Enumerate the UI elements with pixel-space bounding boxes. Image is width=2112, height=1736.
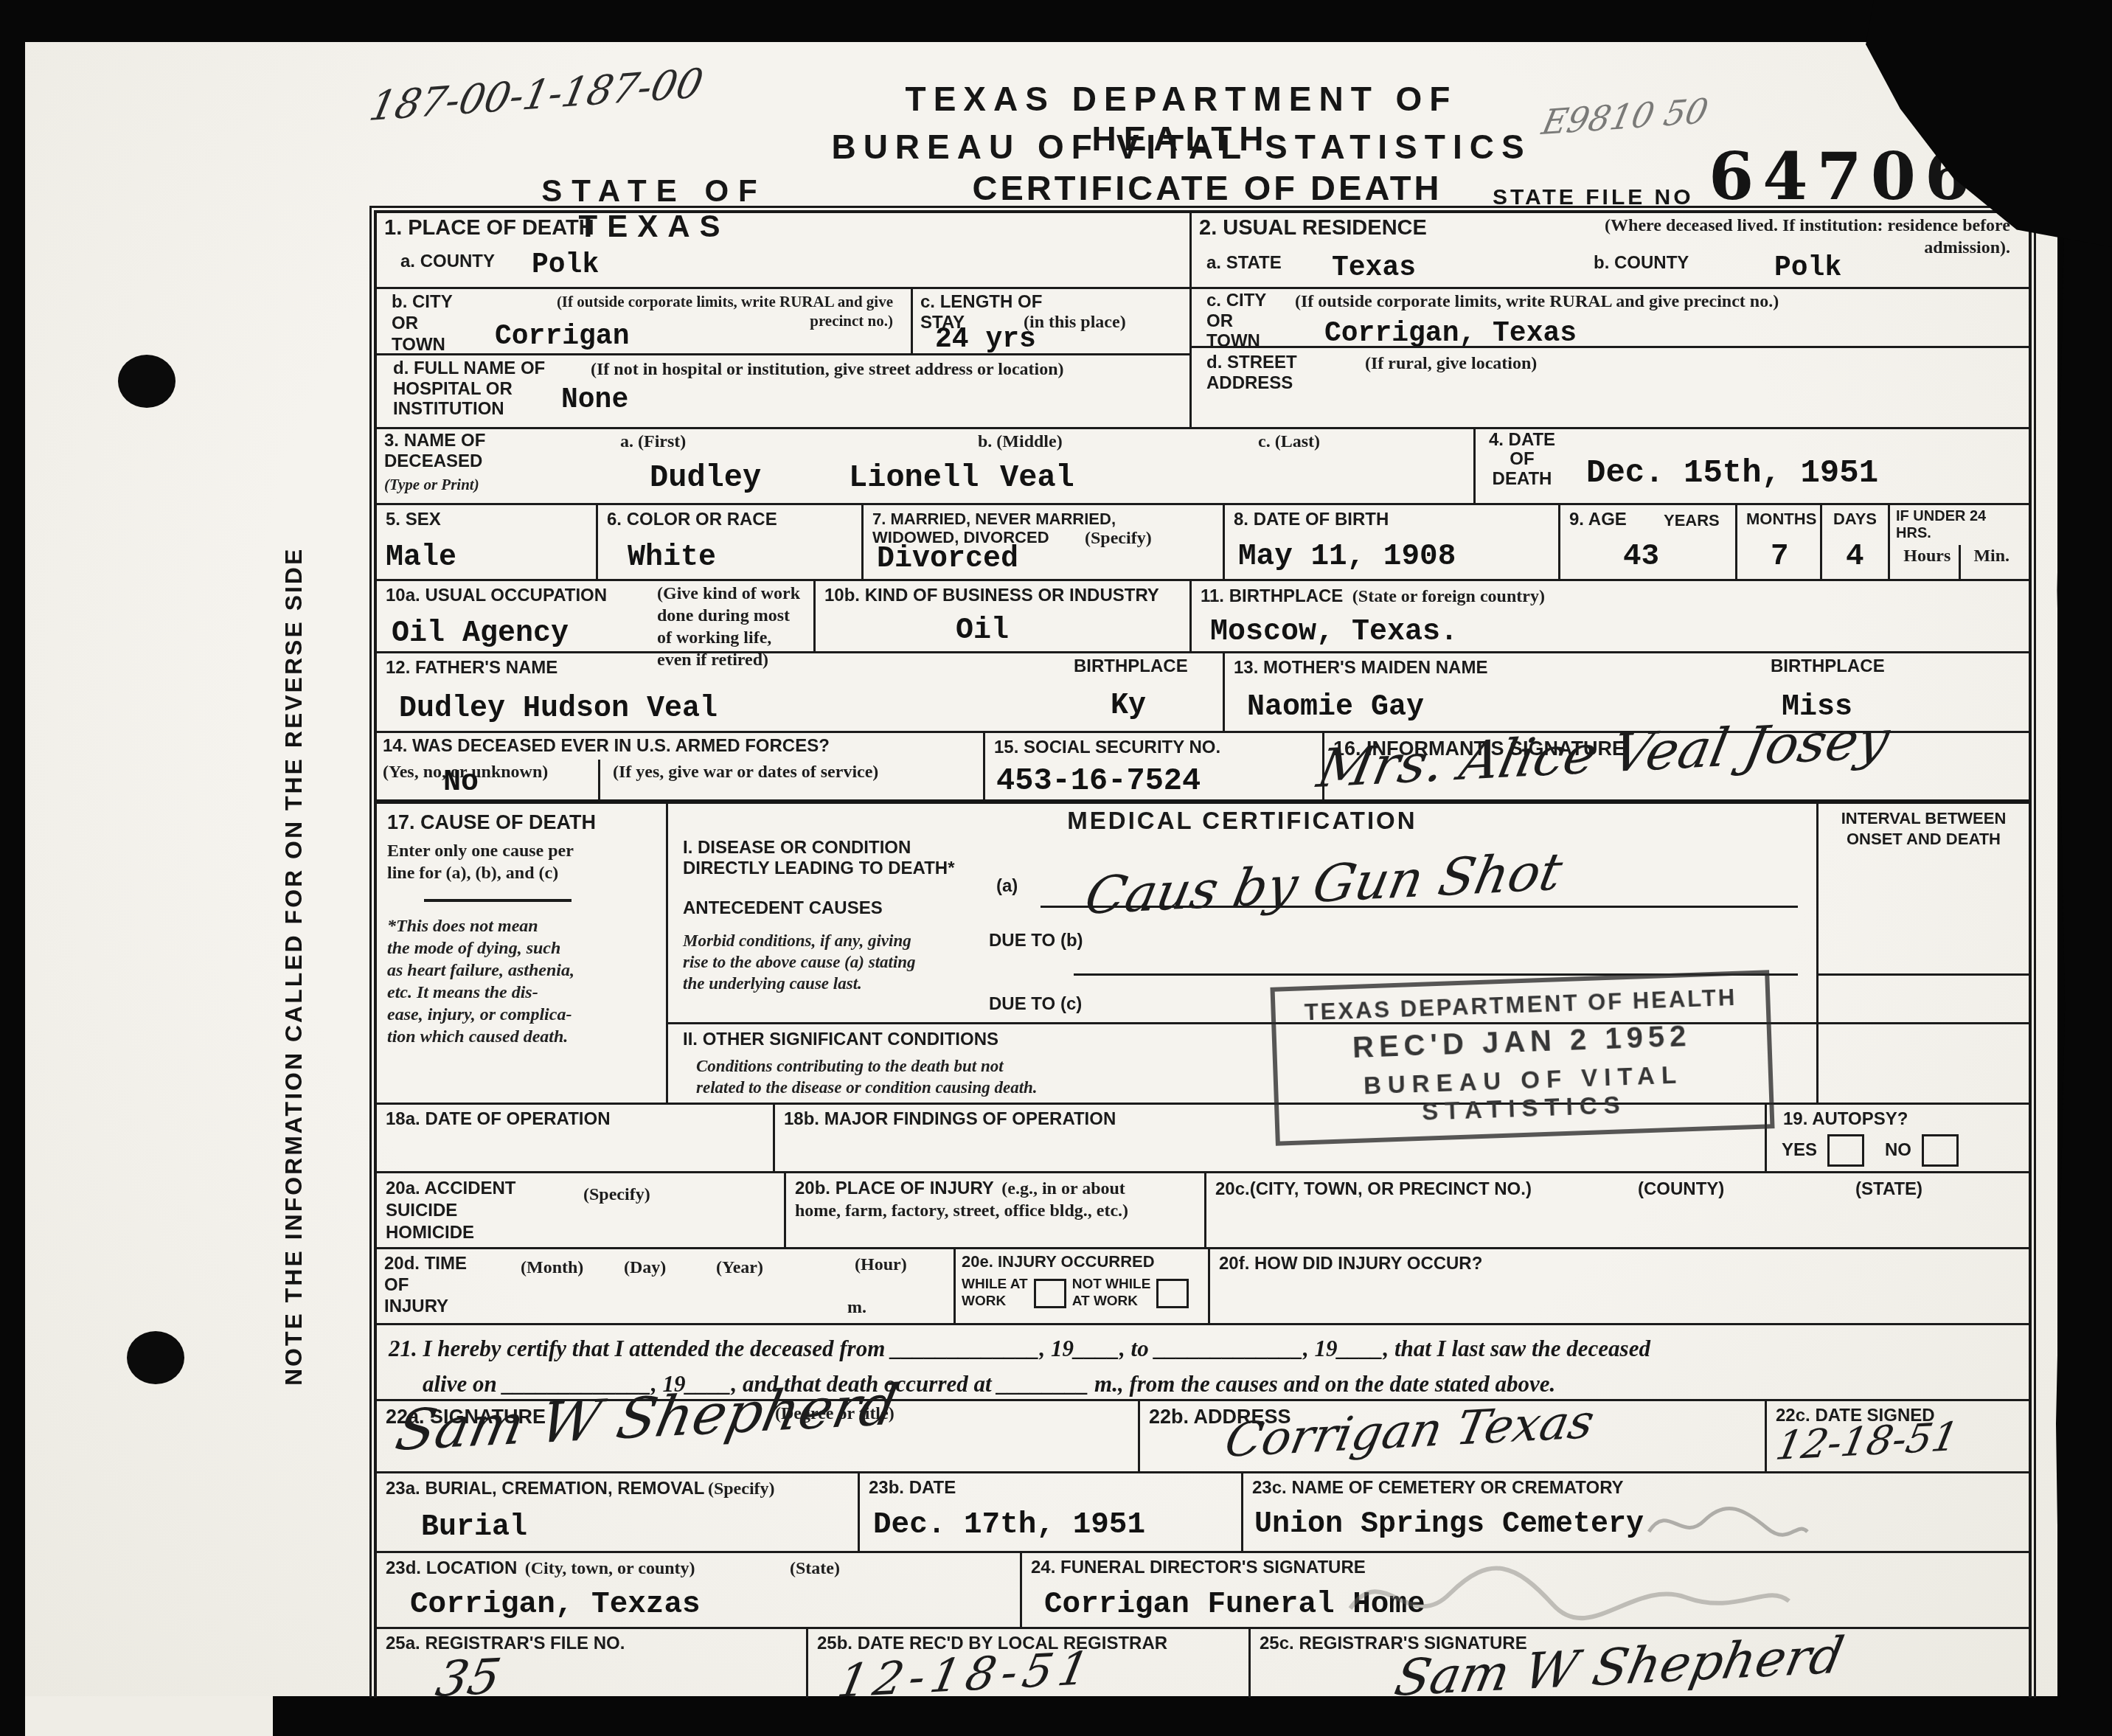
date-signed-handwriting: 12-18-51 [1773, 1417, 1962, 1466]
length-of-stay-note: (in this place) [1024, 311, 1126, 333]
field-date-signed: 22c. DATE SIGNED 12-18-51 [1767, 1401, 2029, 1471]
armed-forces-value: No [443, 768, 479, 798]
certificate-page: 187-00-1-187-00 TEXAS DEPARTMENT OF HEAL… [24, 41, 2057, 1696]
middle-name-label: b. (Middle) [978, 431, 1063, 453]
field-age-years: 9. AGE YEARS 43 [1560, 505, 1737, 579]
mother-name-value: Naomie Gay [1247, 693, 1424, 723]
disease-condition-label: I. DISEASE OR CONDITION DIRECTLY LEADING… [683, 838, 954, 878]
burial-location-value: Corrigan, Texzas [410, 1590, 701, 1620]
burial-date-label: 23b. DATE [869, 1478, 956, 1498]
field-place-city: b. CITY OR TOWN (If outside corporate li… [377, 289, 913, 353]
state-file-no-label: STATE FILE NO [1493, 185, 1694, 210]
cemetery-value: Union Springs Cemetery [1254, 1510, 1644, 1540]
field-name-of-deceased: 3. NAME OF DECEASED (Type or Print) a. (… [377, 429, 1476, 503]
age-years-value: 43 [1623, 542, 1659, 572]
handwritten-code: E9810 50 [1538, 91, 1712, 143]
date-of-operation-label: 18a. DATE OF OPERATION [386, 1109, 611, 1129]
marital-specify-note: (Specify) [1085, 527, 1152, 549]
hole-punch-bottom [127, 1331, 184, 1384]
min-label: Min. [1961, 545, 2024, 580]
registrar-file-label: 25a. REGISTRAR'S FILE NO. [386, 1633, 625, 1653]
occupation-value: Oil Agency [392, 619, 569, 649]
field-date-of-death: 4. DATE OF DEATH Dec. 15th, 1951 [1476, 429, 2029, 503]
county-label: a. COUNTY [400, 251, 495, 272]
residence-city-value: Corrigan, Texas [1324, 320, 1577, 348]
field-length-of-stay: c. LENGTH OF STAY (in this place) 24 yrs [913, 289, 1189, 353]
row-burial-location: 23d. LOCATION (City, town, or county) (S… [377, 1553, 2029, 1629]
hole-punch-top [118, 355, 176, 408]
injury-county-label: (COUNTY) [1638, 1179, 1724, 1200]
field-date-of-birth: 8. DATE OF BIRTH May 11, 1908 [1225, 505, 1560, 579]
field-date-of-operation: 18a. DATE OF OPERATION [377, 1105, 775, 1171]
field-usual-occupation: 10a. USUAL OCCUPATION (Give kind of work… [377, 581, 816, 651]
due-to-c-label: DUE TO (c) [989, 994, 1082, 1015]
major-findings-label: 18b. MAJOR FINDINGS OF OPERATION [784, 1109, 1116, 1129]
autopsy-label: 19. AUTOPSY? [1783, 1109, 1908, 1129]
father-name-value: Dudley Hudson Veal [399, 695, 718, 724]
paper-bottom-left-edge [24, 1696, 273, 1736]
county-value: Polk [532, 251, 599, 280]
usual-residence-title: 2. USUAL RESIDENCE [1199, 216, 1427, 240]
field-place-of-injury: 20b. PLACE OF INJURY (e.g., in or about … [786, 1173, 1206, 1247]
residence-state-value: Texas [1332, 254, 1416, 282]
hospital-value: None [561, 386, 628, 414]
field-how-injury-occurred: 20f. HOW DID INJURY OCCUR? [1210, 1249, 2029, 1323]
city-or-town-label: b. CITY OR TOWN [392, 292, 453, 355]
funeral-director-label: 24. FUNERAL DIRECTOR'S SIGNATURE [1031, 1558, 1366, 1577]
cause-star-note: *This does not mean the mode of dying, s… [387, 915, 656, 1048]
field-cemetery-name: 23c. NAME OF CEMETERY OR CREMATORY Union… [1243, 1473, 2029, 1551]
handwritten-index-number: 187-00-1-187-00 [366, 60, 707, 131]
antecedent-label: ANTECEDENT CAUSES [683, 898, 883, 919]
field-burial-location: 23d. LOCATION (City, town, or county) (S… [377, 1553, 1022, 1627]
medical-certification-title: MEDICAL CERTIFICATION [668, 807, 1816, 835]
sex-value: Male [386, 544, 456, 573]
while-at-work-label: WHILE AT WORK [962, 1277, 1028, 1310]
photo-border-left [0, 0, 25, 1736]
field-residence-city: c. CITY OR TOWN (If outside corporate li… [1192, 289, 2029, 348]
burial-date-value: Dec. 17th, 1951 [873, 1510, 1145, 1541]
interval-label: INTERVAL BETWEEN ONSET AND DEATH [1821, 808, 2026, 849]
row-demographics: 5. SEX Male 6. COLOR OR RACE White 7. MA… [377, 505, 2029, 581]
color-race-label: 6. COLOR OR RACE [607, 510, 777, 530]
autopsy-yes-label: YES [1782, 1140, 1817, 1161]
field-funeral-director: 24. FUNERAL DIRECTOR'S SIGNATURE Corriga… [1022, 1553, 2029, 1627]
burial-location-note: (City, town, or county) [525, 1559, 695, 1578]
armed-forces-divider [598, 760, 600, 799]
injury-hour-label: (Hour) [855, 1254, 907, 1276]
field-physician-signature: 22a. SIGNATURE (Degree or title) Sam W S… [377, 1401, 1140, 1471]
injury-city-label: 20c.(CITY, TOWN, OR PRECINCT NO.) [1215, 1179, 1532, 1200]
field-armed-forces: 14. WAS DECEASED EVER IN U.S. ARMED FORC… [377, 733, 985, 799]
age-years-label: YEARS [1664, 511, 1720, 530]
street-address-label: d. STREET ADDRESS [1206, 353, 1297, 393]
hospital-label: d. FULL NAME OF HOSPITAL OR INSTITUTION [393, 358, 545, 420]
field-sex: 5. SEX Male [377, 505, 598, 579]
row-occupation: 10a. USUAL OCCUPATION (Give kind of work… [377, 581, 2029, 653]
field-color-race: 6. COLOR OR RACE White [598, 505, 864, 579]
while-at-work-checkbox [1034, 1279, 1066, 1308]
not-while-at-work-label: NOT WHILE AT WORK [1072, 1277, 1151, 1310]
field-burial-type: 23a. BURIAL, CREMATION, REMOVAL (Specify… [377, 1473, 860, 1551]
field-residence-state-county: 2. USUAL RESIDENCE (Where deceased lived… [1192, 213, 2029, 289]
birthplace-note: (State or foreign country) [1352, 587, 1545, 606]
faint-handwriting-scrawl [1642, 1499, 1811, 1550]
burial-label: 23a. BURIAL, CREMATION, REMOVAL [386, 1479, 704, 1499]
registrar-file-value: 35 [432, 1653, 504, 1704]
row-injury-place: 20a. ACCIDENT SUICIDE HOMICIDE (Specify)… [377, 1173, 2029, 1249]
mother-name-label: 13. MOTHER'S MAIDEN NAME [1234, 658, 1487, 678]
accident-specify-note: (Specify) [583, 1184, 650, 1206]
certificate-title: CERTIFICATE OF DEATH [942, 167, 1473, 208]
field-place-county: 1. PLACE OF DEATH a. COUNTY Polk [377, 213, 1189, 289]
burial-value: Burial [421, 1513, 527, 1543]
city-value: Corrigan [495, 323, 629, 351]
field-hospital-name: d. FULL NAME OF HOSPITAL OR INSTITUTION … [377, 355, 1189, 427]
field-cause-of-death-notes: 17. CAUSE OF DEATH Enter only one cause … [377, 804, 668, 1103]
residence-city-note: (If outside corporate limits, write RURA… [1295, 291, 2003, 313]
photo-border-top [0, 0, 2112, 42]
middle-name-value: Lionell [849, 462, 979, 493]
armed-forces-note2: (If yes, give war or dates of service) [613, 761, 878, 783]
industry-label: 10b. KIND OF BUSINESS OR INDUSTRY [824, 586, 1159, 605]
field-place-of-death: 1. PLACE OF DEATH a. COUNTY Polk b. CITY… [377, 213, 1192, 427]
cemetery-label: 23c. NAME OF CEMETERY OR CREMATORY [1252, 1478, 1624, 1498]
field-injury-occurred: 20e. INJURY OCCURRED WHILE AT WORK NOT W… [956, 1249, 1210, 1323]
photo-border-bottom [273, 1698, 2112, 1736]
field-usual-residence: 2. USUAL RESIDENCE (Where deceased lived… [1192, 213, 2029, 427]
field-residence-street: d. STREET ADDRESS (If rural, give locati… [1192, 348, 2029, 427]
conditions-note: Conditions contributing to the death but… [696, 1056, 1038, 1099]
type-or-print-note: (Type or Print) [384, 475, 479, 494]
photo-border-right [2056, 0, 2112, 1736]
field-marital-status: 7. MARRIED, NEVER MARRIED, WIDOWED, DIVO… [864, 505, 1225, 579]
field-mother-name: 13. MOTHER'S MAIDEN NAME BIRTHPLACE Naom… [1225, 653, 2029, 731]
how-injury-label: 20f. HOW DID INJURY OCCUR? [1219, 1254, 1482, 1274]
row-medical-certification: 17. CAUSE OF DEATH Enter only one cause … [377, 804, 2029, 1105]
residence-county-value: Polk [1774, 254, 1841, 282]
field-injury-city: 20c.(CITY, TOWN, OR PRECINCT NO.) (COUNT… [1206, 1173, 2029, 1247]
autopsy-no-label: NO [1885, 1140, 1911, 1161]
due-to-b-label: DUE TO (b) [989, 931, 1083, 951]
field-burial-date: 23b. DATE Dec. 17th, 1951 [860, 1473, 1243, 1551]
row-burial: 23a. BURIAL, CREMATION, REMOVAL (Specify… [377, 1473, 2029, 1553]
burial-location-label: 23d. LOCATION [386, 1558, 517, 1578]
row-name-date: 3. NAME OF DECEASED (Type or Print) a. (… [377, 429, 2029, 505]
age-days-label: DAYS [1833, 510, 1877, 528]
color-race-value: White [628, 544, 716, 573]
stamp-line3: BUREAU OF VITAL STATISTICS [1278, 1058, 1770, 1131]
cause-a-tag: (a) [996, 876, 1018, 897]
occupation-label: 10a. USUAL OCCUPATION [386, 586, 607, 605]
birthplace-value: Moscow, Texas. [1210, 618, 1458, 647]
date-of-birth-label: 8. DATE OF BIRTH [1234, 510, 1389, 530]
faint-signature-scrawl [1339, 1553, 1796, 1631]
mother-birthplace-label: BIRTHPLACE [1771, 656, 1885, 677]
marital-label: 7. MARRIED, NEVER MARRIED, WIDOWED, DIVO… [872, 510, 1116, 546]
residence-city-label: c. CITY OR TOWN [1206, 291, 1266, 352]
last-name-label: c. (Last) [1258, 431, 1320, 453]
certify-line1: 21. I hereby certify that I attended the… [389, 1331, 2017, 1367]
date-of-death-label: 4. DATE OF DEATH [1481, 431, 1563, 489]
length-of-stay-value: 24 yrs [935, 326, 1036, 354]
name-label: 3. NAME OF DECEASED [384, 431, 485, 471]
row-physician-signature: 22a. SIGNATURE (Degree or title) Sam W S… [377, 1401, 2029, 1473]
field-industry: 10b. KIND OF BUSINESS OR INDUSTRY Oil [816, 581, 1192, 651]
first-name-label: a. (First) [620, 431, 686, 453]
age-months-label: MONTHS [1746, 510, 1816, 528]
under-24-label: IF UNDER 24 HRS. [1896, 508, 1986, 541]
interval-line2 [1819, 1022, 2029, 1024]
injury-occurred-label: 20e. INJURY OCCURRED [962, 1252, 1155, 1271]
burial-location-state-note: (State) [790, 1558, 840, 1580]
registrar-date-value: 12-18-51 [834, 1645, 1099, 1704]
scanned-death-certificate: { "header": { "scrawl_left": "187-00-1-1… [0, 0, 2112, 1736]
received-date-stamp: TEXAS DEPARTMENT OF HEALTH REC'D JAN 2 1… [1270, 970, 1774, 1145]
field-father-name: 12. FATHER'S NAME BIRTHPLACE Dudley Huds… [377, 653, 1225, 731]
residence-county-label: b. COUNTY [1594, 253, 1689, 274]
field-ssn: 15. SOCIAL SECURITY NO. 453-16-7524 [985, 733, 1324, 799]
armed-forces-label: 14. WAS DECEASED EVER IN U.S. ARMED FORC… [383, 736, 830, 756]
bureau-title: BUREAU OF VITAL STATISTICS [816, 127, 1546, 167]
date-of-death-value: Dec. 15th, 1951 [1586, 457, 1878, 490]
cause-enter-note: Enter only one cause per line for (a), (… [387, 840, 656, 884]
injury-meridiem-label: m. [847, 1296, 866, 1319]
field-age-months: MONTHS 7 [1737, 505, 1822, 579]
place-of-injury-label: 20b. PLACE OF INJURY [795, 1178, 994, 1198]
father-birthplace-value: Ky [1111, 692, 1146, 721]
certificate-form: 1. PLACE OF DEATH a. COUNTY Polk b. CITY… [374, 210, 2032, 1728]
father-birthplace-label: BIRTHPLACE [1074, 656, 1188, 677]
morbid-note: Morbid conditions, if any, giving rise t… [683, 931, 916, 994]
field-interval-onset: INTERVAL BETWEEN ONSET AND DEATH [1819, 804, 2029, 1103]
field-physician-address: 22b. ADDRESS Corrigan Texas [1140, 1401, 1767, 1471]
cause-of-death-title: 17. CAUSE OF DEATH [387, 811, 596, 833]
not-while-at-work-checkbox [1156, 1279, 1189, 1308]
first-name-value: Dudley [650, 462, 761, 493]
other-conditions-label: II. OTHER SIGNIFICANT CONDITIONS [683, 1030, 998, 1050]
field-age-under24: IF UNDER 24 HRS. Hours Min. [1890, 505, 2029, 579]
injury-day-label: (Day) [624, 1257, 666, 1279]
sex-label: 5. SEX [386, 510, 441, 530]
age-label: 9. AGE [1569, 510, 1627, 530]
father-name-label: 12. FATHER'S NAME [386, 658, 557, 678]
hours-label: Hours [1896, 545, 1961, 580]
row-forces-ssn-informant: 14. WAS DECEASED EVER IN U.S. ARMED FORC… [377, 733, 2029, 804]
field-age-days: DAYS 4 [1822, 505, 1890, 579]
ssn-label: 15. SOCIAL SECURITY NO. [994, 737, 1220, 757]
age-days-value: 4 [1846, 542, 1864, 572]
marital-value: Divorced [877, 545, 1018, 574]
field-place-city-row: b. CITY OR TOWN (If outside corporate li… [377, 289, 1189, 355]
street-address-note: (If rural, give location) [1365, 353, 1537, 375]
due-to-b-handwriting: Caus by Gun Shot [1081, 846, 1566, 922]
row-place-residence: 1. PLACE OF DEATH a. COUNTY Polk b. CITY… [377, 213, 2029, 429]
cause-divider-line [424, 899, 572, 902]
residence-state-label: a. STATE [1206, 253, 1282, 274]
injury-month-label: (Month) [521, 1257, 583, 1279]
place-of-death-title: 1. PLACE OF DEATH [384, 216, 594, 240]
date-of-birth-value: May 11, 1908 [1238, 542, 1456, 572]
autopsy-no-checkbox [1922, 1134, 1959, 1167]
field-accident-suicide: 20a. ACCIDENT SUICIDE HOMICIDE (Specify) [377, 1173, 786, 1247]
time-of-injury-label: 20d. TIME OF INJURY [384, 1254, 467, 1317]
age-months-value: 7 [1771, 542, 1789, 572]
injury-year-label: (Year) [716, 1257, 763, 1279]
reverse-side-note: NOTE THE INFORMATION CALLED FOR ON THE R… [280, 386, 333, 1547]
burial-specify-note: (Specify) [708, 1479, 775, 1499]
field-time-of-injury: 20d. TIME OF INJURY (Month) (Day) (Year)… [377, 1249, 956, 1323]
hospital-note: (If not in hospital or institution, give… [591, 358, 1173, 381]
row-injury-time: 20d. TIME OF INJURY (Month) (Day) (Year)… [377, 1249, 2029, 1325]
row-operation: 18a. DATE OF OPERATION 18b. MAJOR FINDIN… [377, 1105, 2029, 1173]
industry-value: Oil [956, 617, 1009, 646]
field-autopsy: 19. AUTOPSY? YES NO [1767, 1105, 2029, 1171]
interval-line1 [1819, 973, 2029, 976]
autopsy-yes-checkbox [1827, 1134, 1864, 1167]
injury-state-label: (STATE) [1855, 1179, 1922, 1200]
field-informant: 16. INFORMANT'S SIGNATURE Mrs. Alice Vea… [1324, 733, 2029, 799]
ssn-value: 453-16-7524 [996, 765, 1201, 796]
accident-suicide-label: 20a. ACCIDENT SUICIDE HOMICIDE [386, 1178, 515, 1243]
last-name-value: Veal [1000, 462, 1074, 493]
birthplace-label: 11. BIRTHPLACE [1201, 586, 1343, 606]
field-birthplace: 11. BIRTHPLACE (State or foreign country… [1192, 581, 2029, 651]
